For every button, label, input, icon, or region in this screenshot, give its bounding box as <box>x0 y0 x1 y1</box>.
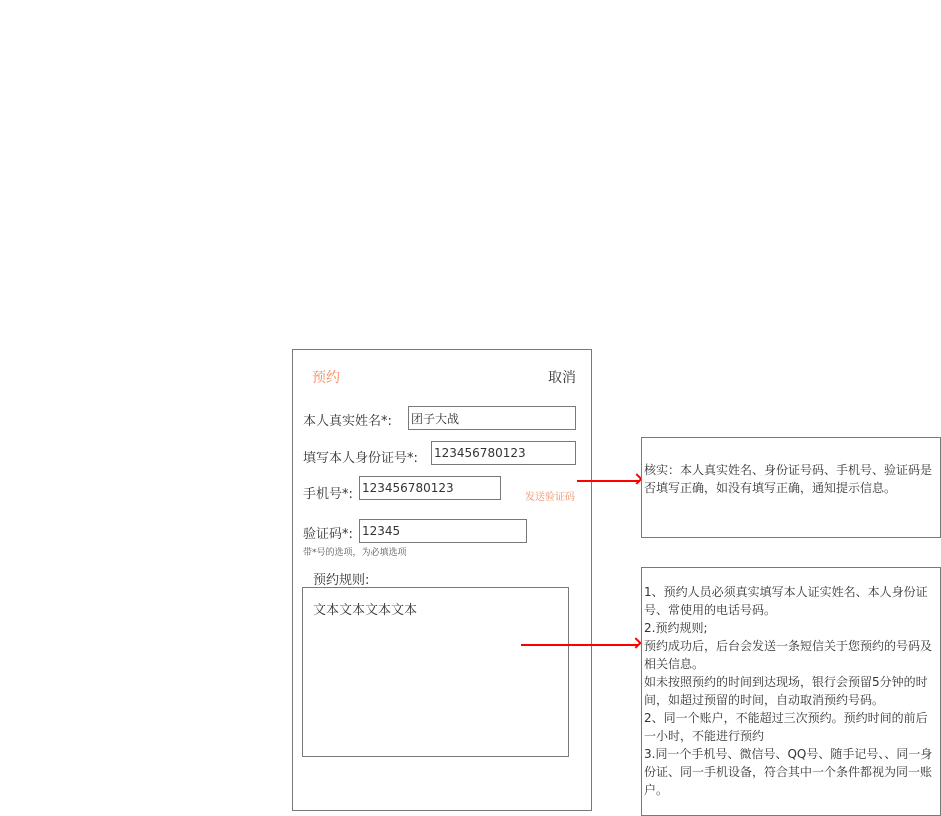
id-number-label: 填写本人身份证号*: <box>303 447 418 466</box>
send-code-button[interactable]: 发送验证码 <box>525 488 575 503</box>
name-input[interactable] <box>408 406 576 430</box>
rules-label: 预约规则: <box>313 569 369 588</box>
rules-annotation-line: 预约成功后，后台会发送一条短信关于您预约的号码及相关信息。 <box>644 637 938 673</box>
rules-annotation-line: 2、同一个账户，不能超过三次预约。预约时间的前后一小时，不能进行预约 <box>644 709 938 745</box>
reservation-form-panel: 预约 取消 本人真实姓名*: 填写本人身份证号*: 手机号*: 发送验证码 验证… <box>292 349 592 811</box>
rules-annotation: 1、预约人员必须真实填写本人证实姓名、本人身份证号、常使用的电话号码。 2.预约… <box>641 567 941 816</box>
verify-annotation-text: 核实：本人真实姓名、身份证号码、手机号、验证码是否填写正确，如没有填写正确，通知… <box>644 461 938 497</box>
cancel-button[interactable]: 取消 <box>548 367 576 387</box>
rules-annotation-line: 1、预约人员必须真实填写本人证实姓名、本人身份证号、常使用的电话号码。 <box>644 583 938 619</box>
phone-input[interactable] <box>359 476 501 500</box>
arrow-icon <box>521 644 639 646</box>
phone-label: 手机号*: <box>303 483 353 502</box>
rules-content: 文本文本文本文本 <box>313 599 417 618</box>
required-hint: 带*号的选项，为必填选项 <box>303 545 407 558</box>
verify-annotation: 核实：本人真实姓名、身份证号码、手机号、验证码是否填写正确，如没有填写正确，通知… <box>641 437 941 538</box>
page-title: 预约 <box>312 367 340 387</box>
id-number-input[interactable] <box>431 441 576 465</box>
rules-box: 文本文本文本文本 <box>302 587 569 757</box>
code-input[interactable] <box>359 519 527 543</box>
rules-annotation-line: 如未按照预约的时间到达现场，银行会预留5分钟的时间，如超过预留的时间，自动取消预… <box>644 673 938 709</box>
name-label: 本人真实姓名*: <box>303 410 392 429</box>
code-label: 验证码*: <box>303 523 353 542</box>
rules-annotation-line: 3.同一个手机号、微信号、QQ号、随手记号、、同一身份证、同一手机设备，符合其中… <box>644 745 938 799</box>
rules-annotation-line: 2.预约规则; <box>644 619 938 637</box>
arrow-icon <box>577 480 640 482</box>
